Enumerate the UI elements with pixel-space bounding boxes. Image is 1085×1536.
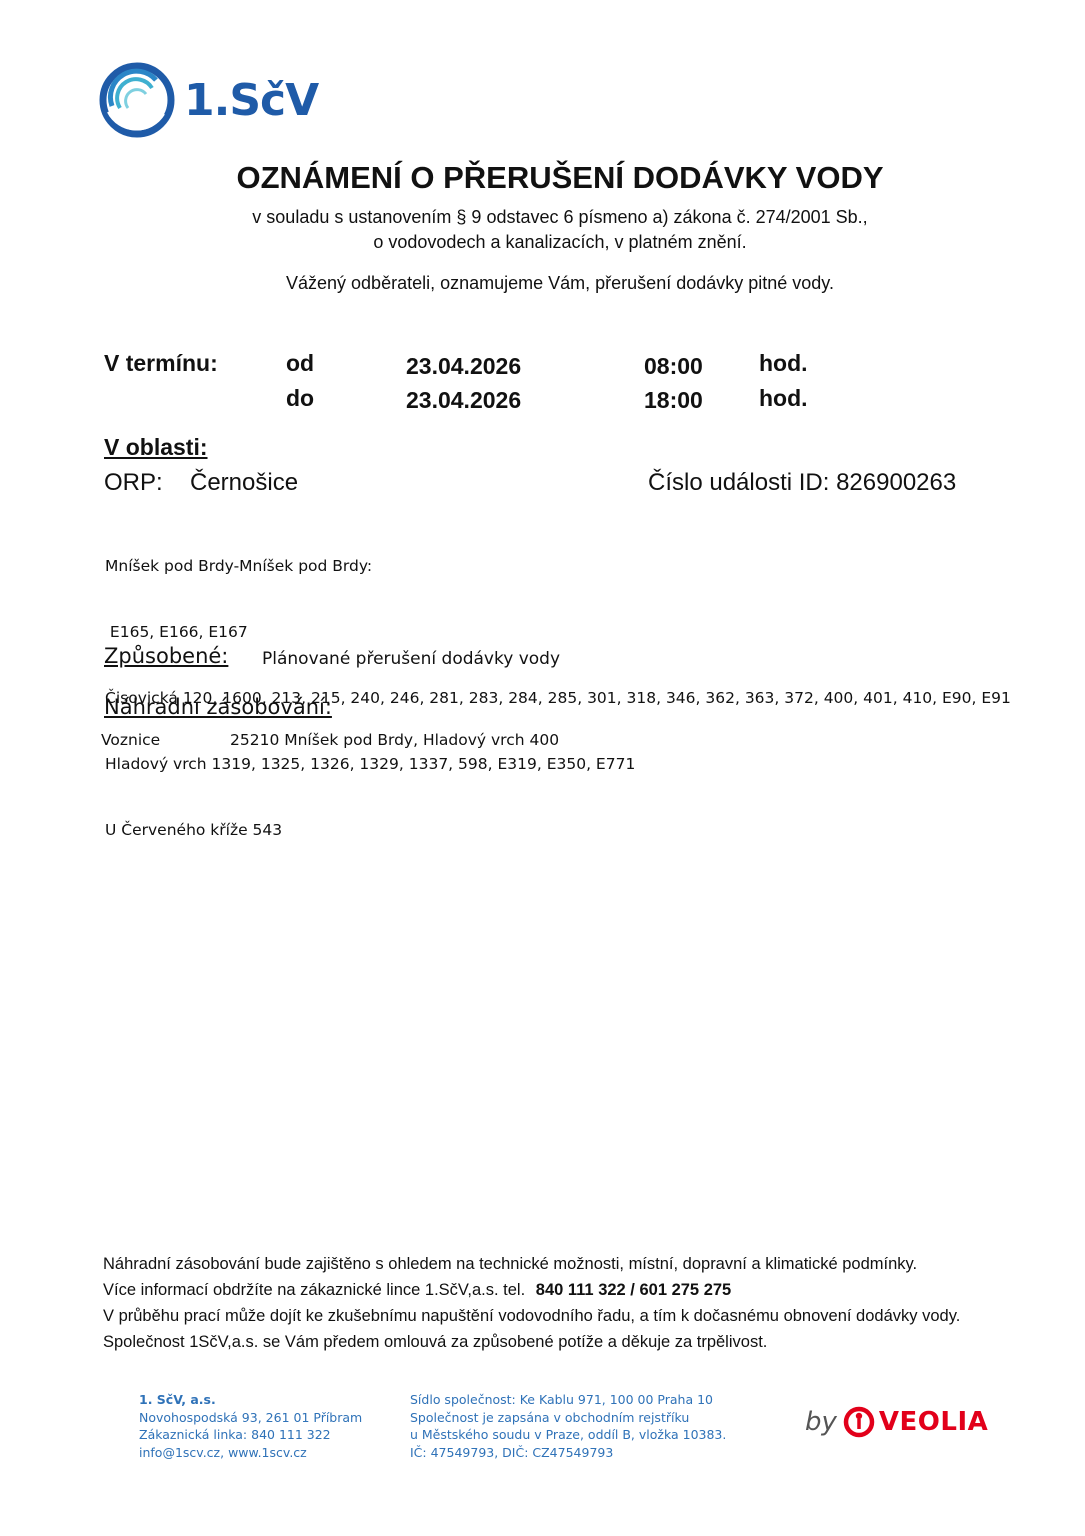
footer-registry: Společnost je zapsána v obchodním rejstř… [410, 1409, 726, 1427]
partner-by: by [805, 1407, 837, 1437]
term-from-date: 23.04.2026 [406, 353, 521, 380]
legal-reference-line2: o vodovodech a kanalizacích, v platném z… [0, 232, 1085, 253]
address-line: Hladový vrch 1319, 1325, 1326, 1329, 133… [105, 753, 1011, 775]
substitute-supply-label: Náhradní zásobování: [104, 695, 332, 719]
swirl-logo-icon [98, 62, 176, 138]
term-from-prefix: od [286, 350, 314, 377]
note-line4: Společnost 1SčV,a.s. se Vám předem omlou… [103, 1333, 767, 1352]
note-line1: Náhradní zásobování bude zajištěno s ohl… [103, 1255, 917, 1274]
term-to-time: 18:00 [644, 387, 703, 414]
address-line: Mníšek pod Brdy-Mníšek pod Brdy: [105, 555, 1011, 577]
logo-text: 1.SčV [184, 75, 318, 126]
note-line2-text: Více informací obdržíte na zákaznické li… [103, 1281, 525, 1299]
address-line: E165, E166, E167 [105, 621, 1011, 643]
affected-addresses: Mníšek pod Brdy-Mníšek pod Brdy: E165, E… [105, 511, 1011, 863]
orp-label: ORP: [104, 469, 163, 497]
area-label: V oblasti: [104, 434, 208, 461]
event-id-label: Číslo události ID: [648, 469, 829, 496]
greeting: Vážený odběrateli, oznamujeme Vám, přeru… [0, 273, 1085, 294]
veolia-emblem-icon [843, 1405, 875, 1439]
footer-registration: Sídlo společnost: Ke Kablu 971, 100 00 P… [410, 1391, 726, 1461]
supply-place: Voznice [101, 731, 160, 749]
partner-name: VEOLIA [879, 1407, 988, 1437]
term-from-unit: hod. [759, 350, 808, 377]
footer-company-name: 1. SčV, a.s. [139, 1391, 362, 1409]
footer-address-line: Novohospodská 93, 261 01 Příbram [139, 1409, 362, 1427]
company-logo: 1.SčV [98, 62, 318, 138]
footer-ids: IČ: 47549793, DIČ: CZ47549793 [410, 1444, 726, 1462]
footer-seat: Sídlo společnost: Ke Kablu 971, 100 00 P… [410, 1391, 726, 1409]
term-to-date: 23.04.2026 [406, 387, 521, 414]
footer-court: u Městského soudu v Praze, oddíl B, vlož… [410, 1426, 726, 1444]
document-title: OZNÁMENÍ O PŘERUŠENÍ DODÁVKY VODY [0, 160, 1085, 196]
note-line2: Více informací obdržíte na zákaznické li… [103, 1281, 731, 1300]
event-id-value: 826900263 [836, 469, 956, 496]
term-from-time: 08:00 [644, 353, 703, 380]
orp-value: Černošice [190, 469, 298, 497]
customer-phone: 840 111 322 / 601 275 275 [536, 1281, 731, 1299]
cause-value: Plánované přerušení dodávky vody [262, 649, 560, 669]
footer-hotline: Zákaznická linka: 840 111 322 [139, 1426, 362, 1444]
legal-reference-line1: v souladu s ustanovením § 9 odstavec 6 p… [0, 207, 1085, 228]
term-label: V termínu: [104, 350, 218, 377]
veolia-logo: by VEOLIA [805, 1405, 988, 1439]
term-to-prefix: do [286, 385, 314, 412]
event-id-block: Číslo události ID: 826900263 [648, 469, 956, 497]
footer-contacts: info@1scv.cz, www.1scv.cz [139, 1444, 362, 1462]
supply-address: 25210 Mníšek pod Brdy, Hladový vrch 400 [230, 731, 559, 749]
address-line: U Červeného kříže 543 [105, 819, 1011, 841]
note-line3: V průběhu prací může dojít ke zkušebnímu… [103, 1307, 960, 1326]
footer-company-address: 1. SčV, a.s. Novohospodská 93, 261 01 Př… [139, 1391, 362, 1461]
cause-label: Způsobené: [104, 644, 228, 668]
term-to-unit: hod. [759, 385, 808, 412]
